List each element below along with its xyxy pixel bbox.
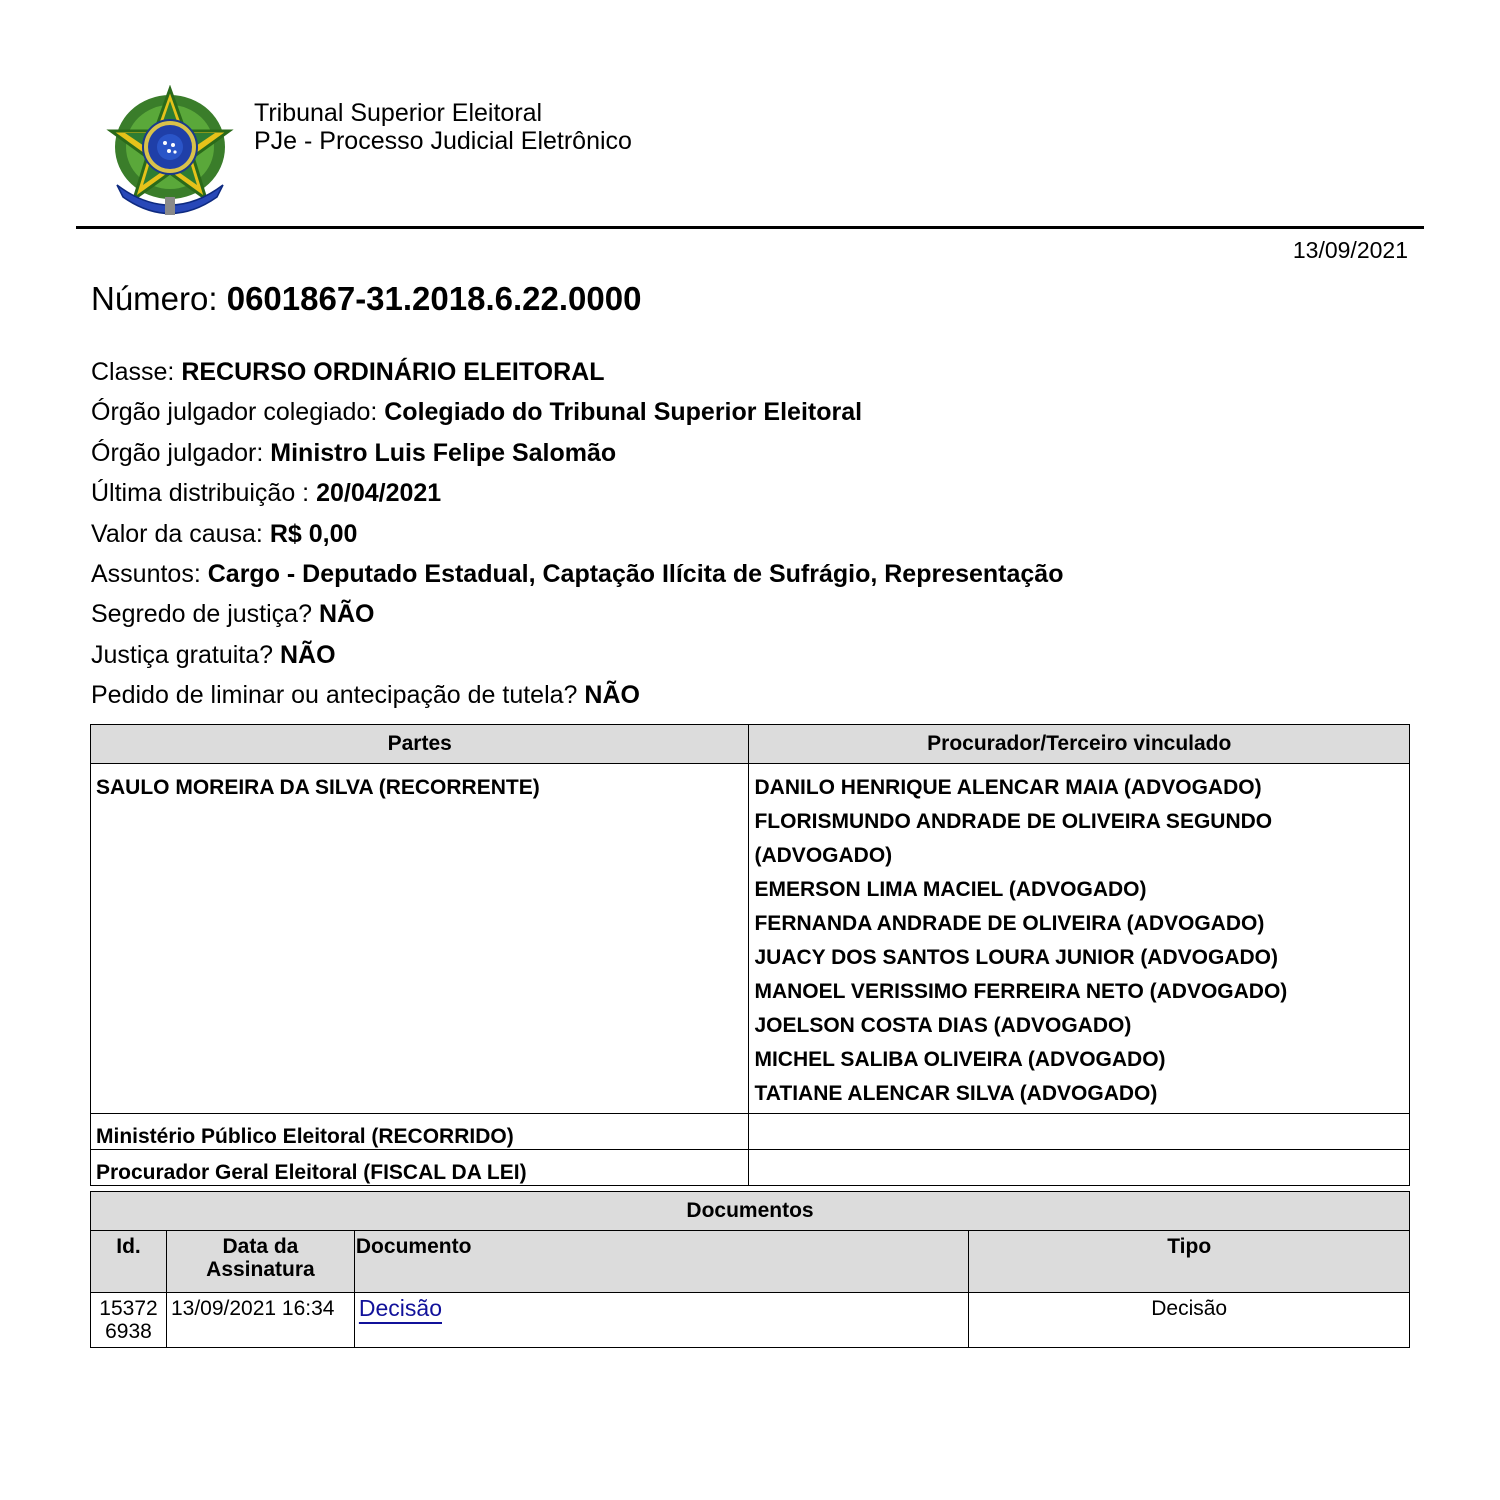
field-assuntos: Assuntos: Cargo - Deputado Estadual, Cap… [91,554,1063,594]
header-title: Tribunal Superior Eleitoral PJe - Proces… [254,99,632,155]
field-pedido-liminar: Pedido de liminar ou antecipação de tute… [91,675,1063,715]
table-row: Procurador Geral Eleitoral (FISCAL DA LE… [91,1150,1410,1186]
page-header: Tribunal Superior Eleitoral PJe - Proces… [0,0,1500,230]
field-value: NÃO [280,641,336,669]
field-value: NÃO [584,681,640,709]
document-date: 13/09/2021 [1293,237,1408,264]
field-label: Pedido de liminar ou antecipação de tute… [91,681,584,709]
field-segredo-justica: Segredo de justiça? NÃO [91,594,1063,634]
field-label: Órgão julgador colegiado: [91,398,384,426]
procuradores-cell [749,1114,1410,1150]
column-header-partes: Partes [91,725,749,764]
document-type-cell: Decisão [969,1293,1410,1348]
document-date-cell: 13/09/2021 16:34 [166,1293,354,1348]
field-label: Justiça gratuita? [91,641,280,669]
procuradores-cell [749,1150,1410,1186]
field-label: Órgão julgador: [91,439,270,467]
field-value: R$ 0,00 [270,520,358,548]
header-text: Assinatura [168,1258,353,1281]
process-number-label: Número: [91,280,227,317]
procurador-item: (ADVOGADO) [754,839,1404,873]
column-header-data: Data daAssinatura [166,1231,354,1293]
field-ultima-distribuicao: Última distribuição : 20/04/2021 [91,473,1063,513]
brazil-coat-of-arms-icon [105,85,235,220]
field-label: Assuntos: [91,560,208,588]
field-value: RECURSO ORDINÁRIO ELEITORAL [181,358,604,386]
parte-cell: Ministério Público Eleitoral (RECORRIDO) [91,1114,749,1150]
field-label: Valor da causa: [91,520,270,548]
documentos-title: Documentos [91,1192,1410,1231]
table-row: SAULO MOREIRA DA SILVA (RECORRENTE) DANI… [91,764,1410,1114]
table-row: Ministério Público Eleitoral (RECORRIDO) [91,1114,1410,1150]
system-name: PJe - Processo Judicial Eletrônico [254,127,632,155]
procurador-item: EMERSON LIMA MACIEL (ADVOGADO) [754,873,1404,907]
documentos-table: Documentos Id. Data daAssinatura Documen… [90,1191,1410,1348]
document-name-cell: Decisão [354,1293,968,1348]
procurador-item: FLORISMUNDO ANDRADE DE OLIVEIRA SEGUNDO [754,805,1404,839]
column-header-id: Id. [91,1231,167,1293]
process-number: Número: 0601867-31.2018.6.22.0000 [91,280,641,318]
process-fields: Classe: RECURSO ORDINÁRIO ELEITORAL Órgã… [91,352,1063,716]
field-value: 20/04/2021 [316,479,441,507]
procurador-item: FERNANDA ANDRADE DE OLIVEIRA (ADVOGADO) [754,907,1404,941]
court-name: Tribunal Superior Eleitoral [254,99,632,127]
field-value: Cargo - Deputado Estadual, Captação Ilíc… [208,560,1064,588]
field-value: Colegiado do Tribunal Superior Eleitoral [384,398,862,426]
field-label: Segredo de justiça? [91,600,319,628]
column-header-procurador: Procurador/Terceiro vinculado [749,725,1410,764]
document-link[interactable]: Decisão [359,1295,442,1321]
field-orgao-julgador: Órgão julgador: Ministro Luis Felipe Sal… [91,433,1063,473]
document-id: 6938 [95,1320,162,1343]
table-row: 153726938 13/09/2021 16:34 Decisão Decis… [91,1293,1410,1348]
documentos-header-row: Id. Data daAssinatura Documento Tipo [91,1231,1410,1293]
field-value: Ministro Luis Felipe Salomão [270,439,616,467]
procurador-item: JOELSON COSTA DIAS (ADVOGADO) [754,1009,1404,1043]
parte-cell: Procurador Geral Eleitoral (FISCAL DA LE… [91,1150,749,1186]
column-header-documento: Documento [354,1231,968,1293]
column-header-tipo: Tipo [969,1231,1410,1293]
field-valor-causa: Valor da causa: R$ 0,00 [91,514,1063,554]
procurador-item: DANILO HENRIQUE ALENCAR MAIA (ADVOGADO) [754,771,1404,805]
procurador-item: MANOEL VERISSIMO FERREIRA NETO (ADVOGADO… [754,975,1404,1009]
procurador-item: MICHEL SALIBA OLIVEIRA (ADVOGADO) [754,1043,1404,1077]
procurador-item: TATIANE ALENCAR SILVA (ADVOGADO) [754,1077,1404,1111]
header-text: Data da [168,1235,353,1258]
document-id-cell: 153726938 [91,1293,167,1348]
header-divider [76,226,1424,229]
parte-cell: SAULO MOREIRA DA SILVA (RECORRENTE) [91,764,749,1114]
documentos-title-row: Documentos [91,1192,1410,1231]
procurador-item: JUACY DOS SANTOS LOURA JUNIOR (ADVOGADO) [754,941,1404,975]
field-justica-gratuita: Justiça gratuita? NÃO [91,635,1063,675]
partes-header-row: Partes Procurador/Terceiro vinculado [91,725,1410,764]
field-classe: Classe: RECURSO ORDINÁRIO ELEITORAL [91,352,1063,392]
field-value: NÃO [319,600,375,628]
parte-name: SAULO MOREIRA DA SILVA (RECORRENTE) [96,771,743,805]
document-id: 15372 [95,1297,162,1320]
field-orgao-colegiado: Órgão julgador colegiado: Colegiado do T… [91,392,1063,432]
field-label: Última distribuição : [91,479,316,507]
partes-table: Partes Procurador/Terceiro vinculado SAU… [90,724,1410,1186]
procuradores-cell: DANILO HENRIQUE ALENCAR MAIA (ADVOGADO) … [749,764,1410,1114]
process-number-value: 0601867-31.2018.6.22.0000 [227,280,642,317]
field-label: Classe: [91,358,181,386]
